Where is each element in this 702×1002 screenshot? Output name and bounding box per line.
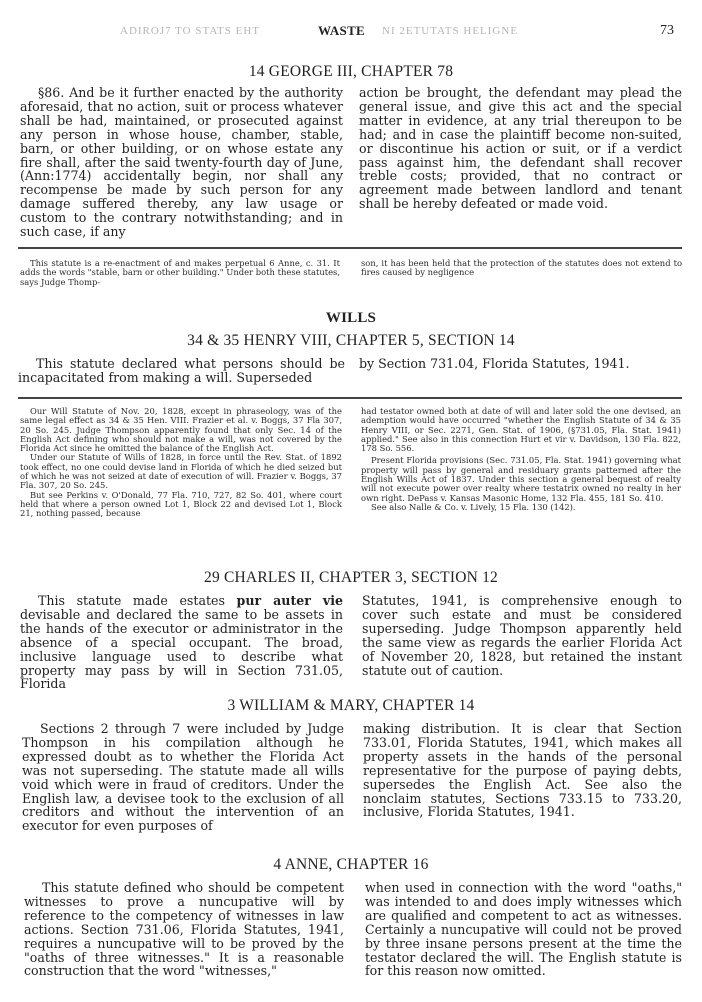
william-commentary-cont: making distribution. It is clear that Se…	[363, 722, 682, 819]
charles-text-start: This statute made estates	[38, 593, 237, 608]
charles-text-end: devisable and declared the same to be as…	[20, 607, 343, 692]
wills-notes-right: had testator owned both at date of will …	[361, 407, 681, 512]
book-page: ADIROJ7 TO STATS EHT WASTE NI 2ETUTATS H…	[0, 0, 702, 1002]
running-header: ADIROJ7 TO STATS EHT WASTE NI 2ETUTATS H…	[0, 20, 702, 40]
wills-note-3: But see Perkins v. O'Donald, 77 Fla. 710…	[20, 491, 342, 519]
wills-note-4: had testator owned both at date of will …	[361, 407, 681, 453]
george-annotation: This statute is a re-enactment of and ma…	[20, 259, 340, 287]
george-note-left: This statute is a re-enactment of and ma…	[20, 259, 340, 287]
george-left-column: §86. And be it further enacted by the au…	[20, 86, 343, 239]
section-heading-henry: 34 & 35 HENRY VIII, CHAPTER 5, SECTION 1…	[0, 332, 702, 350]
william-left-column: Sections 2 through 7 were included by Ju…	[22, 722, 344, 833]
charles-commentary-cont: Statutes, 1941, is comprehensive enough …	[362, 594, 682, 677]
charles-left-column: This statute made estates pur auter vie …	[20, 594, 343, 691]
anne-right-column: when used in connection with the word "o…	[365, 881, 682, 978]
anne-commentary-cont: when used in connection with the word "o…	[365, 881, 682, 978]
title-wills: WILLS	[0, 310, 702, 327]
anne-left-column: This statute defined who should be compe…	[24, 881, 344, 978]
footnote-divider-wills	[18, 397, 682, 399]
george-statute-text: §86. And be it further enacted by the au…	[20, 86, 343, 239]
legal-term-pur-auter-vie: pur auter vie	[237, 593, 343, 608]
footnote-divider	[18, 247, 682, 249]
george-statute-text-cont: action be brought, the defendant may ple…	[359, 86, 682, 211]
charles-right-column: Statutes, 1941, is comprehensive enough …	[362, 594, 682, 677]
george-annotation-cont: son, it has been held that the protectio…	[361, 259, 682, 278]
george-right-column: action be brought, the defendant may ple…	[359, 86, 682, 211]
page-number: 73	[660, 23, 674, 39]
running-title: WASTE	[318, 23, 365, 39]
bleed-through-text-right: NI 2ETUTATS HELIGNE	[382, 25, 518, 37]
henry-right-column: by Section 731.04, Florida Statutes, 194…	[359, 357, 682, 371]
anne-commentary: This statute defined who should be compe…	[24, 881, 344, 978]
william-commentary: Sections 2 through 7 were included by Ju…	[22, 722, 344, 833]
henry-left-column: This statute declared what persons shoul…	[18, 357, 345, 385]
section-heading-charles: 29 CHARLES II, CHAPTER 3, SECTION 12	[0, 569, 702, 587]
henry-commentary: This statute declared what persons shoul…	[18, 357, 345, 385]
section-heading-george: 14 GEORGE III, CHAPTER 78	[0, 63, 702, 81]
section-heading-anne: 4 ANNE, CHAPTER 16	[0, 856, 702, 874]
henry-commentary-cont: by Section 731.04, Florida Statutes, 194…	[359, 357, 682, 371]
section-heading-william: 3 WILLIAM & MARY, CHAPTER 14	[0, 697, 702, 715]
wills-note-5: Present Florida provisions (Sec. 731.05,…	[361, 456, 681, 502]
william-right-column: making distribution. It is clear that Se…	[363, 722, 682, 819]
wills-note-6: See also Nalle & Co. v. Lively, 15 Fla. …	[361, 503, 681, 512]
wills-note-2: Under our Statute of Wills of 1828, in f…	[20, 453, 342, 490]
wills-notes-left: Our Will Statute of Nov. 20, 1828, excep…	[20, 407, 342, 519]
bleed-through-text-left: ADIROJ7 TO STATS EHT	[120, 25, 260, 37]
wills-note-1: Our Will Statute of Nov. 20, 1828, excep…	[20, 407, 342, 453]
charles-commentary: This statute made estates pur auter vie …	[20, 594, 343, 691]
george-note-right: son, it has been held that the protectio…	[361, 259, 682, 278]
